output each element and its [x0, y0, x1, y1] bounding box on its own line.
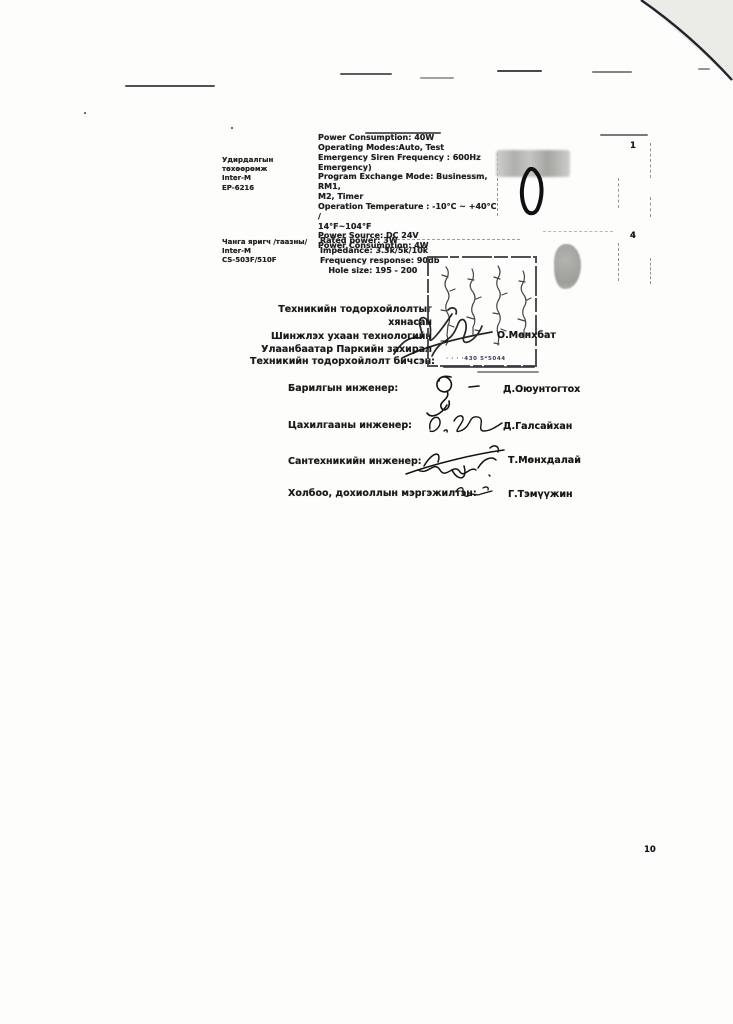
scanned-document-page: Удирдалгын төхөөрөмж Inter-M EP-6216 Pow… — [0, 0, 733, 1024]
signature-plumbing-engineer — [404, 442, 510, 484]
signatory-name: Г.Тэмүүжин — [508, 489, 573, 500]
scan-artifact-line — [592, 71, 632, 73]
scan-speck — [84, 112, 86, 114]
signatory-name: Д.Оюунтогтох — [503, 384, 580, 395]
signature-communications-specialist — [452, 483, 498, 503]
scan-artifact-line — [125, 85, 215, 87]
scan-artifact-line — [420, 77, 454, 79]
page-number: 10 — [644, 845, 656, 855]
scan-artifact-line — [497, 70, 542, 72]
table-column-border — [618, 178, 619, 208]
product-hook-illustration — [516, 167, 552, 221]
stamp-underline — [443, 366, 535, 368]
quantity-cell: 1 — [630, 141, 636, 151]
written-by-label: Техникийн тодорхойлолт бичсэн: — [250, 356, 435, 367]
signatory-role: Сантехникийн инженер: — [288, 456, 422, 467]
signatory-role: Холбоо, дохиоллын мэргэжилтэн: — [288, 488, 477, 499]
page-fold-corner — [620, 0, 733, 90]
table-border-top — [600, 134, 648, 136]
scan-artifact-line — [698, 68, 710, 70]
equipment-name-cell: Удирдалгын төхөөрөмж Inter-M EP-6216 — [222, 156, 318, 193]
table-row-divider — [543, 231, 613, 232]
signatory-role: Цахилгааны инженер: — [288, 420, 412, 431]
signature-electrical-engineer — [424, 409, 504, 437]
signatory-name: Д.Галсайхан — [503, 421, 572, 432]
table-border-right — [650, 258, 651, 284]
equipment-name-cell: Чанга яригч /таазны/ Inter-M CS-503F/510… — [222, 238, 318, 266]
reviewer-name: О.Мөнхбат — [497, 330, 556, 341]
scan-artifact-line — [340, 73, 392, 75]
scan-speck — [231, 127, 233, 129]
signatory-role: Барилгын инженер: — [288, 383, 398, 394]
table-border-right — [650, 197, 651, 217]
quantity-cell: 4 — [630, 231, 636, 241]
stamp-registration-number: · · · ·430 5*5044 — [446, 356, 506, 362]
equipment-spec-cell: Power Consumption: 40W Operating Modes:A… — [318, 133, 500, 251]
signatory-name: Т.Мөнхдалай — [508, 455, 581, 466]
stamp-underline — [477, 371, 539, 373]
table-column-border — [618, 243, 619, 281]
table-border-right — [650, 143, 651, 178]
product-photo-smudge — [554, 244, 581, 289]
